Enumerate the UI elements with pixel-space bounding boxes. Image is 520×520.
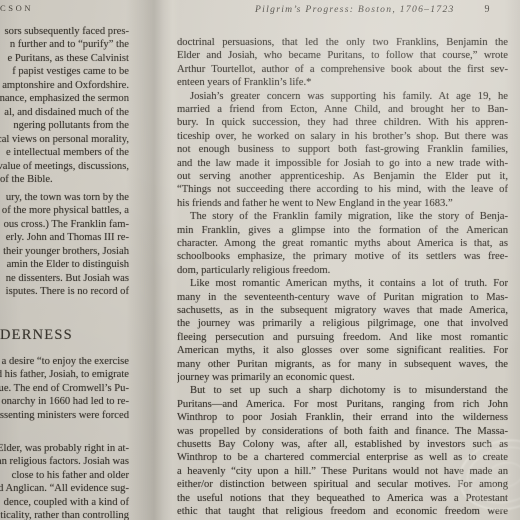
right-page-text-line: The story of the Franklin family migrati… bbox=[177, 210, 508, 223]
left-page-text-line: erly. John and Thomas III re- bbox=[6, 231, 129, 244]
right-page-text-line: the journey was primarily a religious pi… bbox=[177, 317, 508, 330]
left-page-text-line: their younger brothers, Josiah bbox=[3, 245, 129, 258]
right-page-text-line: schoolbooks emphasize, the primary motiv… bbox=[177, 250, 508, 263]
left-page-text-line: amptonshire and Oxfordshire. bbox=[2, 79, 129, 92]
right-page-text-line: Puritans—and America. For most Puritans,… bbox=[177, 398, 508, 411]
right-page-text-line: many in the seventeenth-century wave of … bbox=[177, 291, 508, 304]
left-page-text-line: nance, emphasized the sermon bbox=[0, 92, 129, 105]
left-page-text-line: sors subsequently faced pres- bbox=[5, 25, 129, 38]
right-page-text-line: dom, particularly religious freedom. bbox=[177, 264, 508, 277]
right-page-text-line: either/or distinction between spiritual … bbox=[177, 478, 508, 491]
left-page-text-line: n further and to “purify” the bbox=[10, 38, 129, 51]
right-page-text-line: American myths, it also glosses over som… bbox=[177, 344, 508, 357]
right-page-text-line: was propelled by considerations of both … bbox=[177, 425, 508, 438]
right-page-text-line: character. Among the great romantic myth… bbox=[177, 237, 508, 250]
right-page-text-line: But to set up such a sharp dichotomy is … bbox=[177, 384, 508, 397]
right-page-text-line: journey was primarily an economic quest. bbox=[177, 371, 508, 384]
running-header-title: Pilgrim’s Progress: Boston, 1706–1723 bbox=[255, 4, 441, 15]
right-page-text-line: his friends and father he went to New En… bbox=[177, 197, 508, 210]
left-page-text-line: close to his father and older bbox=[12, 469, 129, 482]
right-page-text-line: Josiah’s greater concern was supporting … bbox=[177, 90, 508, 103]
right-page-text-line: ethic that taught that religious freedom… bbox=[177, 505, 508, 518]
left-page-text-line: d his father, Josiah, to emigrate bbox=[0, 368, 129, 381]
right-page-text-line: ticeship over, he worked on salary in hi… bbox=[177, 130, 508, 143]
left-book-page: CSON sors subsequently faced pres-n furt… bbox=[0, 0, 131, 520]
left-page-text-line: han religious factors. Josiah was bbox=[0, 455, 129, 468]
section-heading: DERNESS bbox=[0, 327, 73, 344]
right-page-text-line: min Franklin, gives a glimpse into the f… bbox=[177, 224, 508, 237]
left-page-text-line: value of meetings, discussions, bbox=[0, 160, 129, 173]
left-page-text-line: ngering pollutants from the bbox=[13, 119, 129, 132]
left-page-text-line: dence, coupled with a kind of bbox=[4, 496, 129, 509]
right-page-text-line: many other Puritan migrants, as for many… bbox=[177, 358, 508, 371]
left-page-text-line: ous cross.) The Franklin fam- bbox=[4, 218, 129, 231]
left-page-text-line: ue. The end of Cromwell’s Pu- bbox=[0, 382, 129, 395]
left-page-text-line: al, and disdained much of the bbox=[4, 106, 129, 119]
left-page-text-line: as a desire “to enjoy the exercise bbox=[0, 355, 129, 368]
right-page-text-line: out serving another apprenticeship. As B… bbox=[177, 170, 508, 183]
right-page-text-line: the useful notions that they bequeathed … bbox=[177, 492, 508, 505]
right-page-text-line: not enough business to support both fast… bbox=[177, 143, 508, 156]
page-gutter-shadow bbox=[126, 0, 180, 520]
right-page-text-line: enteen years of Franklin’s life.* bbox=[177, 76, 508, 89]
left-page-text-line: of the more physical battles, a bbox=[2, 204, 129, 217]
right-page-text-line: Winthrop to poor Josiah Franklin, their … bbox=[177, 411, 508, 424]
right-page-text-line: a heavenly “city upon a hill.” These Pur… bbox=[177, 465, 508, 478]
running-header-left: CSON bbox=[0, 3, 33, 13]
left-page-text-line: ticality, rather than controlling bbox=[0, 509, 129, 520]
right-book-page: Pilgrim’s Progress: Boston, 1706–1723 9 … bbox=[177, 0, 520, 520]
left-page-text-line: isputes. There is no record of bbox=[6, 285, 129, 298]
right-page-text-line: doctrinal persuasions, that led the only… bbox=[177, 36, 508, 49]
right-page-text-line: Like most romantic American myths, it co… bbox=[177, 277, 508, 290]
right-page-text-line: and the law made it impossible for Josia… bbox=[177, 157, 508, 170]
right-page-text-line: chusetts Bay Colony was, after all, esta… bbox=[177, 438, 508, 451]
left-page-text-line: Elder, was probably right in at- bbox=[0, 442, 129, 455]
left-page-text-line: ne dissenters. But Josiah was bbox=[6, 272, 129, 285]
book-photo: CSON sors subsequently faced pres-n furt… bbox=[0, 0, 520, 520]
left-page-text-line: e intellectual members of the bbox=[6, 146, 129, 159]
right-page-text-line: fleeing persecution and pursuing freedom… bbox=[177, 331, 508, 344]
right-page-text-line: Winthrop to be a chartered commercial en… bbox=[177, 451, 508, 464]
left-page-text-line: f papist vestiges came to be bbox=[12, 65, 129, 78]
right-page-text-line: bury. In quick succession, they had thre… bbox=[177, 116, 508, 129]
right-page-text-line: Arthur Tourtellot, author of a comprehen… bbox=[177, 63, 508, 76]
left-page-text-line: e Puritans, as these Calvinist bbox=[7, 52, 129, 65]
left-page-text-line: issenting ministers were forced bbox=[0, 409, 129, 422]
right-page-text-line: Elder and Josiah, who became Puritans, t… bbox=[177, 49, 508, 62]
left-page-text-line: cal views on personal morality, bbox=[0, 133, 129, 146]
left-page-text-line: of the Bible. bbox=[0, 173, 53, 186]
left-page-text-line: d Anglican. “All evidence sug- bbox=[0, 482, 129, 495]
left-page-text-line: onarchy in 1660 had led to re- bbox=[1, 395, 129, 408]
right-page-text-line: sachusetts, as in the subsequent migrato… bbox=[177, 304, 508, 317]
right-page-text-line: married a friend from Ecton, Anne Child,… bbox=[177, 103, 508, 116]
page-number: 9 bbox=[477, 4, 497, 15]
right-page-text-line: “Things not succeeding there according t… bbox=[177, 183, 508, 196]
left-page-text-line: amin the Elder to distinguish bbox=[7, 258, 129, 271]
left-page-text-line: ury, the town was torn by the bbox=[6, 191, 129, 204]
